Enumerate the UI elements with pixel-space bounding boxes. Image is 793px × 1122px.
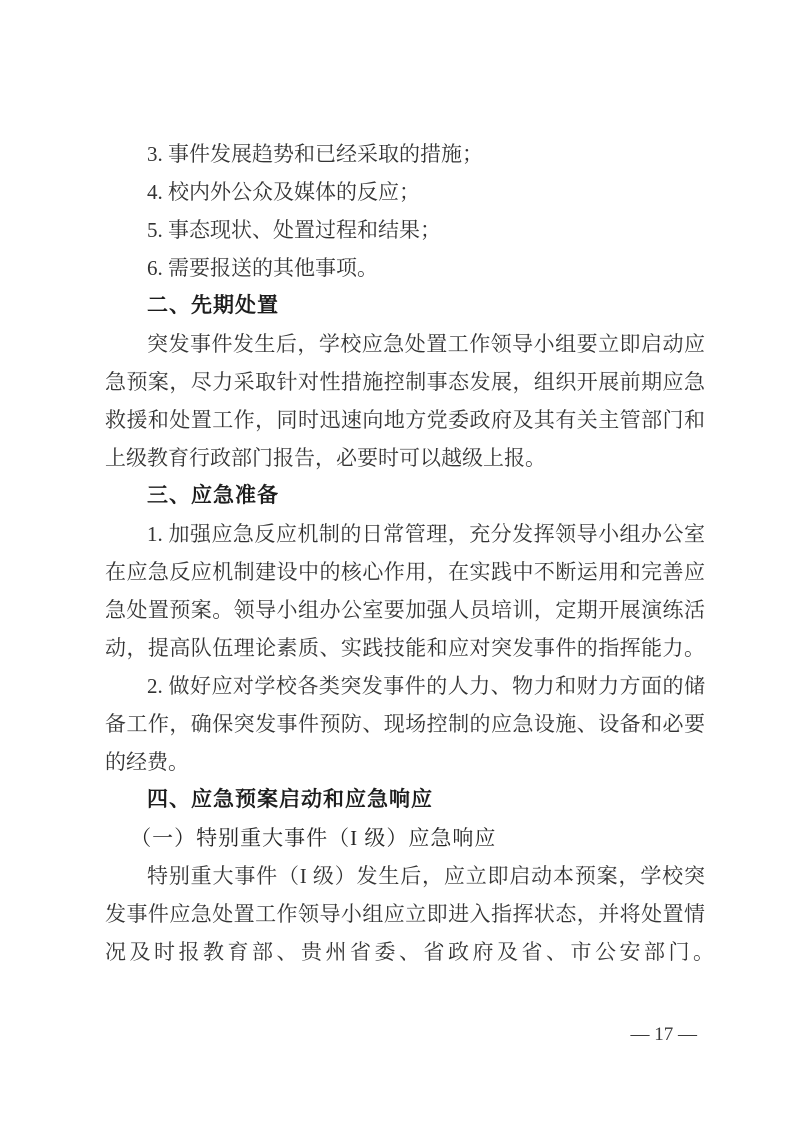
document-body: 3. 事件发展趋势和已经采取的措施； 4. 校内外公众及媒体的反应； 5. 事态… [105, 135, 705, 971]
paragraph-line: 急预案，尽力采取针对性措施控制事态发展，组织开展前期应急 [105, 363, 705, 401]
paragraph-line: 特别重大事件（I 级）发生后，应立即启动本预案，学校突 [105, 857, 705, 895]
list-item-6: 6. 需要报送的其他事项。 [105, 249, 705, 287]
paragraph-line: 在应急反应机制建设中的核心作用，在实践中不断运用和完善应 [105, 553, 705, 591]
paragraph-line: 况及时报教育部、贵州省委、省政府及省、市公安部门。 [105, 933, 705, 971]
paragraph-line: 发事件应急处置工作领导小组应立即进入指挥状态，并将处置情 [105, 895, 705, 933]
paragraph-line: 2. 做好应对学校各类突发事件的人力、物力和财力方面的储 [105, 667, 705, 705]
paragraph-line: 救援和处置工作，同时迅速向地方党委政府及其有关主管部门和 [105, 401, 705, 439]
list-item-3: 3. 事件发展趋势和已经采取的措施； [105, 135, 705, 173]
paragraph-line: 1. 加强应急反应机制的日常管理，充分发挥领导小组办公室 [105, 515, 705, 553]
paragraph-line: 的经费。 [105, 743, 705, 781]
paragraph-line: 急处置预案。领导小组办公室要加强人员培训，定期开展演练活 [105, 591, 705, 629]
page-number: — 17 — [631, 1020, 698, 1050]
subheading-level1-response: （一）特别重大事件（I 级）应急响应 [105, 819, 705, 857]
document-page: 3. 事件发展趋势和已经采取的措施； 4. 校内外公众及媒体的反应； 5. 事态… [0, 0, 793, 1122]
paragraph-line: 上级教育行政部门报告，必要时可以越级上报。 [105, 439, 705, 477]
heading-section-2: 二、先期处置 [105, 287, 705, 325]
heading-section-3: 三、应急准备 [105, 477, 705, 515]
paragraph-line: 备工作，确保突发事件预防、现场控制的应急设施、设备和必要 [105, 705, 705, 743]
list-item-4: 4. 校内外公众及媒体的反应； [105, 173, 705, 211]
list-item-5: 5. 事态现状、处置过程和结果； [105, 211, 705, 249]
heading-section-4: 四、应急预案启动和应急响应 [105, 781, 705, 819]
paragraph-line: 动，提高队伍理论素质、实践技能和应对突发事件的指挥能力。 [105, 629, 705, 667]
paragraph-line: 突发事件发生后，学校应急处置工作领导小组要立即启动应 [105, 325, 705, 363]
